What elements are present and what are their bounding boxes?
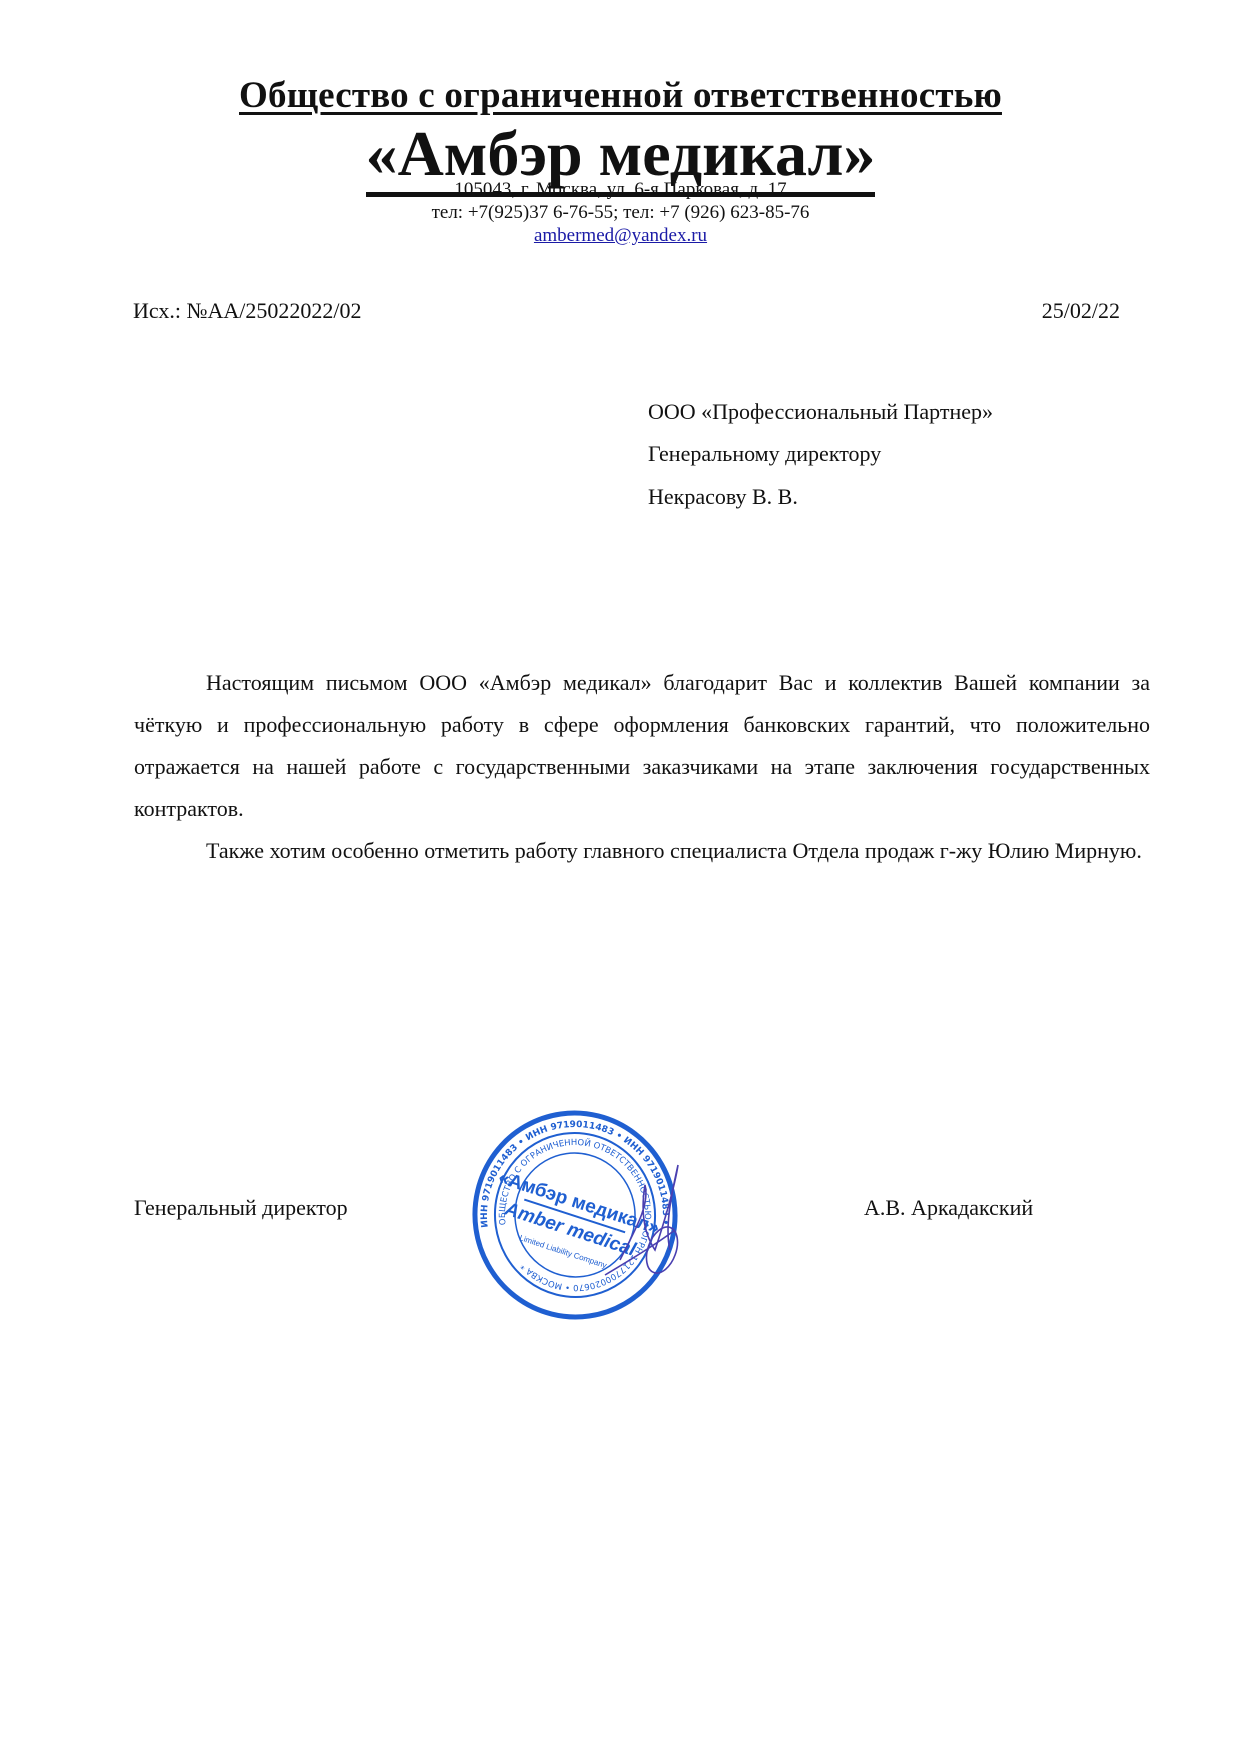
letterhead-address: 105043, г. Москва, ул. 6-я Парковая, д. … bbox=[0, 178, 1241, 202]
letter-body: Настоящим письмом ООО «Амбэр медикал» бл… bbox=[134, 662, 1150, 872]
letterhead-phones: тел: +7(925)37 6-76-55; тел: +7 (926) 62… bbox=[0, 201, 1241, 225]
addressee-position: Генеральному директору bbox=[648, 441, 881, 467]
body-paragraph-2: Также хотим особенно отметить работу гла… bbox=[134, 830, 1150, 872]
signature-position: Генеральный директор bbox=[134, 1195, 348, 1221]
stamp-seal-icon: ИНН 9719011483 • ИНН 9719011483 • ИНН 97… bbox=[470, 1110, 680, 1320]
body-paragraph-1: Настоящим письмом ООО «Амбэр медикал» бл… bbox=[134, 662, 1150, 830]
signature-name: А.В. Аркадакский bbox=[864, 1195, 1033, 1221]
letterhead-email-row: ambermed@yandex.ru bbox=[0, 224, 1241, 248]
email-link[interactable]: ambermed@yandex.ru bbox=[534, 225, 707, 246]
letterhead-org-type: Общество с ограниченной ответственностью bbox=[0, 74, 1241, 117]
org-type-text: Общество с ограниченной ответственностью bbox=[239, 75, 1002, 116]
reference-number: Исх.: №АА/25022022/02 bbox=[133, 298, 361, 324]
reference-date: 25/02/22 bbox=[1042, 298, 1120, 324]
addressee-company: ООО «Профессиональный Партнер» bbox=[648, 399, 993, 425]
addressee-name: Некрасову В. В. bbox=[648, 484, 798, 510]
company-stamp: ИНН 9719011483 • ИНН 9719011483 • ИНН 97… bbox=[470, 1110, 680, 1320]
